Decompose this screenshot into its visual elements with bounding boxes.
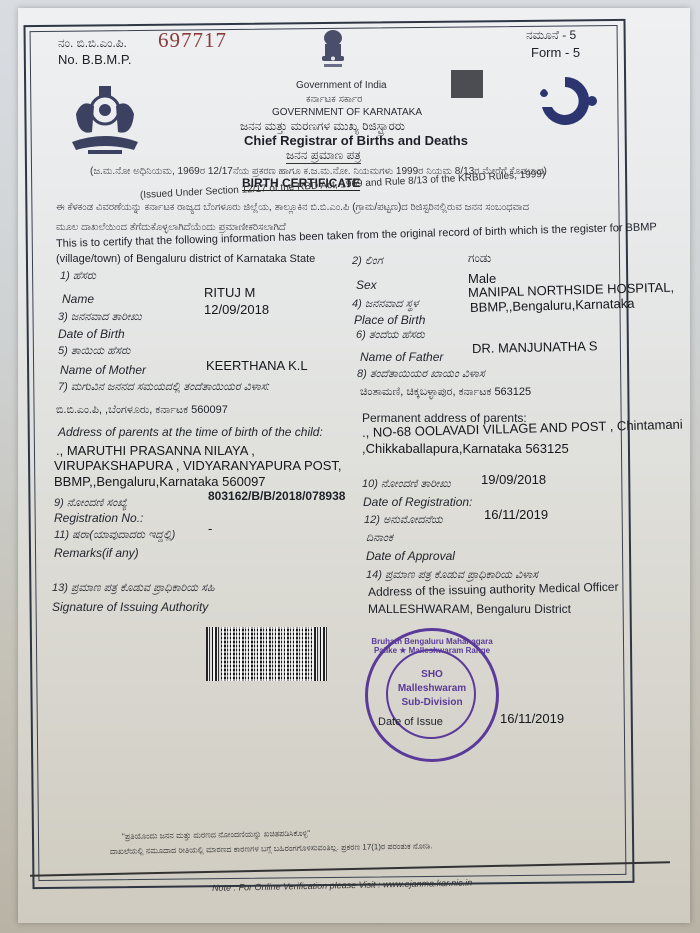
- registration-no-label-kn: 9) ನೋಂದಣಿ ಸಂಖ್ಯೆ: [54, 497, 127, 510]
- remarks-label: Remarks(if any): [54, 546, 139, 560]
- father-label-kn: 6) ತಂದೆಯ ಹೆಸರು: [356, 329, 425, 342]
- form-kn: ನಮೂನೆ - 5: [526, 28, 576, 43]
- remarks-value: -: [208, 521, 212, 536]
- address-at-birth-line3: BBMP,,Bengaluru,Karnataka 560097: [54, 474, 266, 489]
- stamp-line1: SHO: [368, 669, 496, 680]
- certificate-kn: ಜನನ ಪ್ರಮಾಣ ಪತ್ರ: [286, 148, 361, 164]
- dob-value: 12/09/2018: [204, 302, 269, 317]
- address-at-birth-value-kn: ಬಿ.ಬಿ.ಎಂ.ಪಿ, ,ಬೆಂಗಳೂರು, ಕರ್ನಾಟಕ 560097: [56, 404, 228, 417]
- intro-kn-line1: ಈ ಕೆಳಕಂಡ ವಿವರಣೆಯನ್ನು ಕರ್ನಾಟಕ ರಾಜ್ಯದ ಬೆಂಗ…: [56, 202, 529, 213]
- signature-label: Signature of Issuing Authority: [52, 600, 208, 614]
- approval-date-label: Date of Approval: [366, 549, 455, 563]
- permanent-address-label-kn: 8) ತಂದೆತಾಯಿಯರ ಖಾಯಂ ವಿಳಾಸ: [357, 368, 485, 381]
- stamp-line3: Sub-Division: [368, 697, 496, 708]
- issue-date-value: 16/11/2019: [500, 711, 564, 726]
- mother-label-kn: 5) ತಾಯಿಯ ಹೆಸರು: [58, 345, 130, 358]
- no-bbmp-en: No. B.B.M.P.: [58, 52, 131, 67]
- registration-date-label-kn: 10) ನೋಂದಣಿ ತಾರೀಖು: [362, 478, 451, 491]
- name-label-kn: 1) ಹೆಸರು: [60, 270, 96, 283]
- intro-kn-line2: ಮೂಲ ದಾಖಲೆಯಿಂದ ತೆಗೆದುಕೊಳ್ಳಲಾಗಿದೆಯೆಂದು ಪ್ರ…: [56, 222, 286, 233]
- govt-karnataka-en: GOVERNMENT OF KARNATAKA: [272, 107, 422, 118]
- ashoka-emblem-icon: [316, 28, 350, 72]
- dob-label-kn: 3) ಜನನವಾದ ತಾರೀಖು: [58, 311, 142, 324]
- registration-date-value: 19/09/2018: [481, 472, 546, 487]
- govt-india: Government of India: [296, 80, 387, 91]
- official-stamp: Bruhath Bengaluru Mahanagara Palike ★ Ma…: [365, 628, 499, 762]
- place-of-birth-label-kn: 4) ಜನನವಾದ ಸ್ಥಳ: [352, 298, 419, 311]
- address-at-birth-label-kn: 7) ಮಗುವಿನ ಜನನದ ಸಮಯದಲ್ಲಿ ತಂದೆತಾಯಿಯರ ವಿಳಾಸ…: [58, 381, 270, 394]
- govt-karnataka-kn: ಕರ್ನಾಟಕ ಸರ್ಕಾರ: [306, 94, 362, 105]
- registrar-en: Chief Registrar of Births and Deaths: [244, 133, 468, 148]
- registration-no-label: Registration No.:: [54, 511, 143, 525]
- father-value: DR. MANJUNATHA S: [472, 338, 598, 356]
- registrar-kn: ಜನನ ಮತ್ತು ಮರಣಗಳ ಮುಖ್ಯ ರಿಜಿಸ್ಟ್ರಾರರು: [240, 119, 405, 134]
- name-label: Name: [62, 292, 94, 306]
- issue-date-label: Date of Issue: [378, 716, 443, 728]
- stamp-line2: Malleshwaram: [368, 683, 496, 694]
- mother-label: Name of Mother: [60, 363, 146, 377]
- permanent-address-line2: ,Chikkaballapura,Karnataka 563125: [362, 441, 569, 456]
- sex-label-kn: 2) ಲಿಂಗ: [352, 255, 383, 268]
- mother-value: KEERTHANA K.L: [206, 358, 308, 373]
- approval-date-value: 16/11/2019: [484, 507, 548, 522]
- stamp-outer-text: Bruhath Bengaluru Mahanagara Palike ★ Ma…: [368, 637, 496, 655]
- sex-value-kn: ಗಂಡು: [468, 251, 491, 266]
- form-en: Form - 5: [531, 45, 580, 60]
- dob-label: Date of Birth: [58, 327, 125, 341]
- name-value: RITUJ M: [204, 285, 255, 300]
- barcode: [206, 627, 328, 681]
- intro-en-line2: (village/town) of Bengaluru district of …: [56, 253, 315, 265]
- registration-date-label: Date of Registration:: [363, 495, 472, 509]
- address-at-birth-label: Address of parents at the time of birth …: [58, 425, 323, 439]
- address-at-birth-line1: ., MARUTHI PRASANNA NILAYA ,: [56, 443, 255, 458]
- serial-number: 697717: [158, 28, 227, 53]
- approval-date-label-kn: 12) ಅನುಮೋದನೆಯ: [364, 514, 443, 527]
- karnataka-emblem-icon: [66, 84, 144, 160]
- bbmp-logo-icon: [532, 75, 598, 125]
- issuing-address-label-kn: 14) ಪ್ರಮಾಣ ಪತ್ರ ಕೊಡುವ ಪ್ರಾಧಿಕಾರಿಯ ವಿಳಾಸ: [366, 569, 538, 582]
- registration-no-value: 803162/B/B/2018/078938: [208, 489, 345, 503]
- father-label: Name of Father: [360, 350, 443, 364]
- sex-label: Sex: [356, 278, 377, 292]
- issuing-address-value: MALLESHWARAM, Bengaluru District: [368, 602, 571, 616]
- remarks-label-kn: 11) ಷರಾ(ಯಾವುದಾದರು ಇದ್ದಲ್ಲಿ): [54, 529, 175, 542]
- no-bbmp-kn: ನಂ. ಬಿ.ಬಿ.ಎಂ.ಪಿ.: [58, 36, 127, 51]
- approval-date-label-kn2: ದಿನಾಂಕ: [366, 532, 393, 545]
- address-at-birth-line2: VIRUPAKSHAPURA , VIDYARANYAPURA POST,: [54, 458, 342, 473]
- permanent-address-value-kn: ಚಿಂತಾಮಣಿ, ಚಿಕ್ಕಬಳ್ಳಾಪುರ, ಕರ್ನಾಟಕ 563125: [360, 386, 531, 399]
- hologram-patch: [451, 70, 483, 98]
- place-of-birth-label: Place of Birth: [354, 313, 425, 327]
- signature-label-kn: 13) ಪ್ರಮಾಣ ಪತ್ರ ಕೊಡುವ ಪ್ರಾಧಿಕಾರಿಯ ಸಹಿ: [52, 582, 215, 595]
